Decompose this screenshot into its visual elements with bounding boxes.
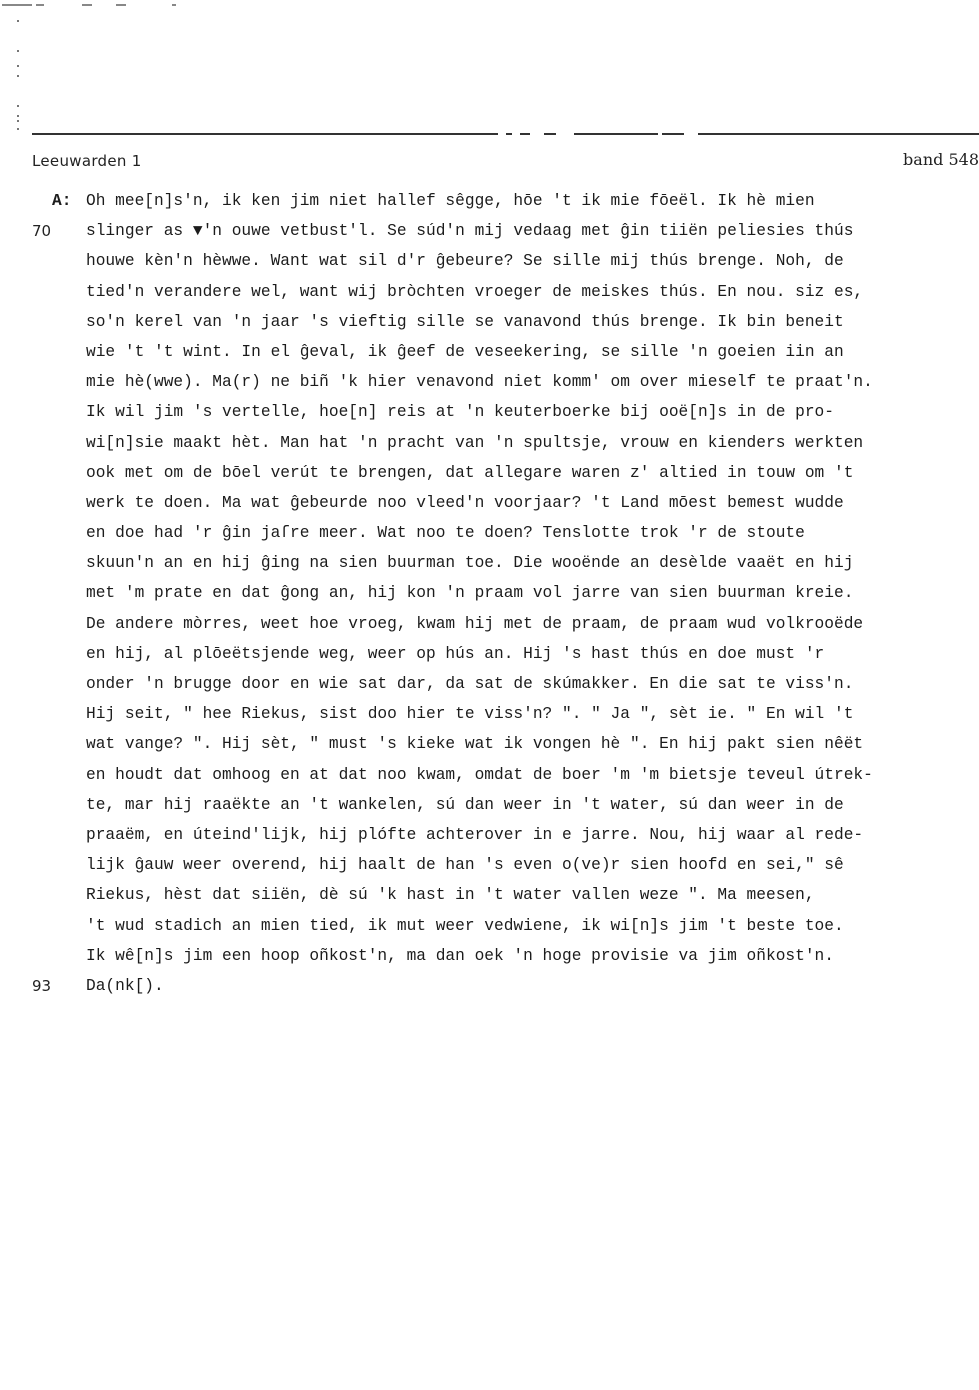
line-text: mie hè(wwe). Ma(r) ne biñ 'k hier venavo… [86, 367, 873, 397]
transcript-line: te, mar hij raaëkte an 't wankelen, sú d… [0, 790, 979, 820]
transcript-line: wie 't 't wint. In el ĝeval, ik ĝeef de … [0, 337, 979, 367]
line-text: Ik wê[n]s jim een hoop oñkost'n, ma dan … [86, 941, 834, 971]
line-text: skuun'n an en hij ĝing na sien buurman t… [86, 548, 853, 578]
transcript-line: ook met om de bōel verút te brengen, dat… [0, 458, 979, 488]
transcript-line: Ik wil jim 's vertelle, hoe[n] reis at '… [0, 397, 979, 427]
line-text: en doe had 'r ĝin jaſre meer. Wat noo te… [86, 518, 805, 548]
speaker-label: A: [52, 186, 71, 216]
line-text: wat vange? ". Hij sèt, " must 's kieke w… [86, 729, 863, 759]
transcript-line: 93 Da(nk[). [0, 971, 979, 1001]
line-text: wi[n]sie maakt hèt. Man hat 'n pracht va… [86, 428, 863, 458]
line-text: praaëm, en úteind'lijk, hij plófte achte… [86, 820, 863, 850]
transcript-line: mie hè(wwe). Ma(r) ne biñ 'k hier venavo… [0, 367, 979, 397]
transcript-line: en hij, al plōeëtsjende weg, weer op hús… [0, 639, 979, 669]
line-text: werk te doen. Ma wat ĝebeurde noo vleed'… [86, 488, 844, 518]
line-text: Hij seit, " hee Riekus, sist doo hier te… [86, 699, 853, 729]
line-number: 70 [32, 216, 51, 246]
line-text: Da(nk[). [86, 971, 164, 1001]
line-text: lijk ĝauw weer overend, hij haalt de han… [86, 850, 844, 880]
tape-number: band 548 [903, 150, 979, 169]
transcript-line: met 'm prate en dat ĝong an, hij kon 'n … [0, 578, 979, 608]
transcript-line: en doe had 'r ĝin jaſre meer. Wat noo te… [0, 518, 979, 548]
transcript-line: A: Oh mee[n]s'n, ik ken jim niet hallef … [0, 186, 979, 216]
line-text: tied'n verandere wel, want wij bròchten … [86, 277, 863, 307]
transcript-line: onder 'n brugge door en wie sat dar, da … [0, 669, 979, 699]
transcript-line: werk te doen. Ma wat ĝebeurde noo vleed'… [0, 488, 979, 518]
line-number: 93 [32, 971, 51, 1001]
transcript-line: Riekus, hèst dat siiën, dè sú 'k hast in… [0, 880, 979, 910]
transcript-line: Ik wê[n]s jim een hoop oñkost'n, ma dan … [0, 941, 979, 971]
line-text: en houdt dat omhoog en at dat noo kwam, … [86, 760, 873, 790]
scan-artifacts-margin [15, 20, 23, 140]
line-text: De andere mòrres, weet hoe vroeg, kwam h… [86, 609, 863, 639]
location-label: Leeuwarden 1 [32, 152, 142, 170]
transcript-line: houwe kèn'n hèwwe. Want wat sil d'r ĝebe… [0, 246, 979, 276]
transcript-line: De andere mòrres, weet hoe vroeg, kwam h… [0, 609, 979, 639]
line-text: wie 't 't wint. In el ĝeval, ik ĝeef de … [86, 337, 844, 367]
transcript-line: 't wud stadich an mien tied, ik mut weer… [0, 911, 979, 941]
line-text: slinger as ▼'n ouwe vetbust'l. Se súd'n … [86, 216, 853, 246]
line-text: so'n kerel van 'n jaar 's vieftig sille … [86, 307, 844, 337]
typescript-page: Leeuwarden 1 band 548 A: Oh mee[n]s'n, i… [0, 0, 979, 1390]
line-text: 't wud stadich an mien tied, ik mut weer… [86, 911, 844, 941]
scan-artifacts-top [0, 0, 979, 10]
transcript-line: tied'n verandere wel, want wij bròchten … [0, 277, 979, 307]
line-text: en hij, al plōeëtsjende weg, weer op hús… [86, 639, 824, 669]
line-text: ook met om de bōel verút te brengen, dat… [86, 458, 853, 488]
line-text: te, mar hij raaëkte an 't wankelen, sú d… [86, 790, 844, 820]
line-text: houwe kèn'n hèwwe. Want wat sil d'r ĝebe… [86, 246, 844, 276]
transcript-line: wat vange? ". Hij sèt, " must 's kieke w… [0, 729, 979, 759]
line-text: met 'm prate en dat ĝong an, hij kon 'n … [86, 578, 853, 608]
transcript-line: praaëm, en úteind'lijk, hij plófte achte… [0, 820, 979, 850]
transcript-line: lijk ĝauw weer overend, hij haalt de han… [0, 850, 979, 880]
transcript-line: skuun'n an en hij ĝing na sien buurman t… [0, 548, 979, 578]
transcript-line: 70 slinger as ▼'n ouwe vetbust'l. Se súd… [0, 216, 979, 246]
transcript-line: so'n kerel van 'n jaar 's vieftig sille … [0, 307, 979, 337]
document-header: Leeuwarden 1 band 548 [32, 150, 979, 172]
transcript-line: Hij seit, " hee Riekus, sist doo hier te… [0, 699, 979, 729]
line-text: Ik wil jim 's vertelle, hoe[n] reis at '… [86, 397, 834, 427]
transcript-line: en houdt dat omhoog en at dat noo kwam, … [0, 760, 979, 790]
transcript-body: A: Oh mee[n]s'n, ik ken jim niet hallef … [0, 186, 979, 1001]
line-text: Oh mee[n]s'n, ik ken jim niet hallef sêg… [86, 186, 815, 216]
line-text: onder 'n brugge door en wie sat dar, da … [86, 669, 853, 699]
transcript-line: wi[n]sie maakt hèt. Man hat 'n pracht va… [0, 428, 979, 458]
line-text: Riekus, hèst dat siiën, dè sú 'k hast in… [86, 880, 815, 910]
